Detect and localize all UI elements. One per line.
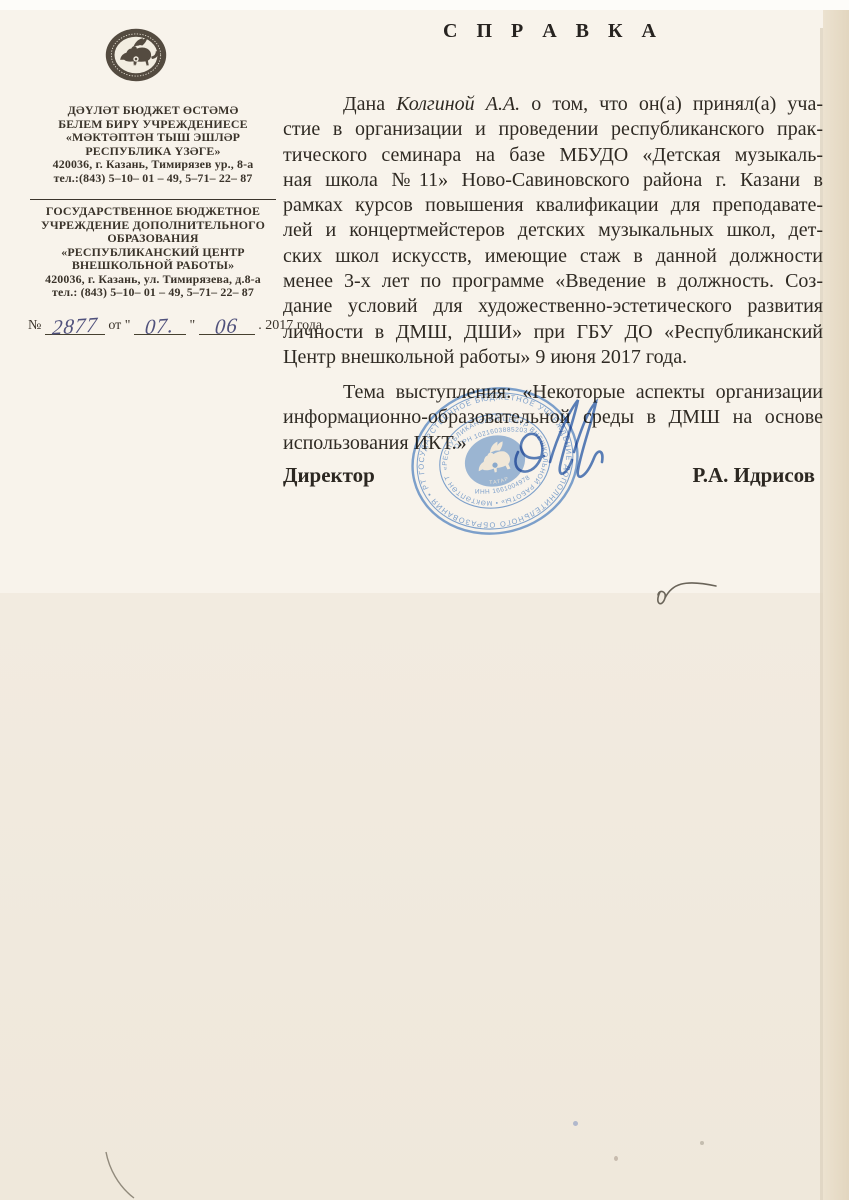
document-title: С П Р А В К А	[283, 20, 823, 43]
dust-speck	[614, 1156, 618, 1161]
handwritten-number: 2877	[51, 317, 98, 334]
day-blank: 07.	[134, 315, 186, 335]
scan-hairline-artifact	[94, 1148, 142, 1200]
letterhead-tatar-block: ДӘҮЛӘТ БЮДЖЕТ ӨСТӘМӘ БЕЛЕМ БИРҮ УЧРЕЖДЕН…	[24, 104, 282, 185]
main-paragraph: Дана Колгиной А.А. о том, что он(а) прин…	[283, 92, 823, 370]
letterhead-russian-block: ГОСУДАРСТВЕННОЕ БЮДЖЕТНОЕ УЧРЕЖДЕНИЕ ДОП…	[24, 205, 282, 300]
paragraph-line: личности в ДМШ, ДШИ» при ГБУ ДО «Республ…	[283, 320, 823, 345]
letterhead-phone-line: тел.: (843) 5–10– 01 – 49, 5–71– 22– 87	[24, 286, 282, 300]
letterhead-line: БЕЛЕМ БИРҮ УЧРЕЖДЕНИЕСЕ	[24, 118, 282, 132]
letterhead-phone-line: тел.:(843) 5–10– 01 – 49, 5–71– 22– 87	[24, 172, 282, 186]
paragraph-line: лей и концертмейстеров детских музыкальн…	[283, 218, 823, 243]
dust-speck	[700, 1141, 704, 1145]
pen-squiggle-mark	[646, 566, 722, 612]
paragraph-line: стие в организации и проведении республи…	[283, 117, 823, 142]
director-signature	[490, 388, 622, 506]
tatarstan-emblem-icon: ТАТАРСТАН	[96, 20, 176, 90]
letterhead-address-line: 420036, г. Казань, ул. Тимирязева, д.8-а	[24, 273, 282, 287]
recipient-name: Колгиной А.А.	[396, 93, 520, 115]
paragraph-line: Дана Колгиной А.А. о том, что он(а) прин…	[283, 92, 823, 117]
scanner-top-edge	[0, 0, 849, 10]
letterhead-line: ГОСУДАРСТВЕННОЕ БЮДЖЕТНОЕ	[24, 205, 282, 219]
from-label: от "	[108, 318, 130, 333]
month-blank: 06	[199, 315, 255, 335]
paper-right-edge	[823, 10, 849, 1200]
paragraph-line: ная школа №11» Ново-Савиновского района …	[283, 168, 823, 193]
letterhead-line: РЕСПУБЛИКА ҮЗӘГЕ»	[24, 145, 282, 159]
number-sign: №	[28, 318, 41, 333]
signer-role: Директор	[283, 463, 375, 488]
handwritten-day: 07.	[145, 318, 175, 334]
quote-close: "	[190, 318, 196, 333]
handwritten-month: 06	[215, 318, 239, 334]
letterhead-line: «РЕСПУБЛИКАНСКИЙ ЦЕНТР	[24, 246, 282, 260]
paragraph-line: тического семинара на базе МБУДО «Детска…	[283, 143, 823, 168]
text-run: Дана	[343, 93, 396, 115]
letterhead-line: ВНЕШКОЛЬНОЙ РАБОТЫ»	[24, 259, 282, 273]
ink-speck	[573, 1121, 578, 1126]
letterhead-divider	[30, 199, 276, 200]
document-body: С П Р А В К А Дана Колгиной А.А. о том, …	[283, 20, 823, 43]
letterhead-line: «МӘКТӘПТӘН ТЫШ ЭШЛӘР	[24, 131, 282, 145]
paragraph-line: рамках курсов повышения квалификации для…	[283, 193, 823, 218]
letterhead-line: ОБРАЗОВАНИЯ	[24, 232, 282, 246]
letterhead-line: УЧРЕЖДЕНИЕ ДОПОЛНИТЕЛЬНОГО	[24, 219, 282, 233]
paragraph-line: ских школ искусств, имеющие стаж в данно…	[283, 244, 823, 269]
document-number-line: № 2877 от " 07. " 06 . 2017 года	[28, 315, 288, 335]
paper-lower-area	[0, 593, 849, 1200]
text-run: о том, что он(а) принял(а) уча-	[520, 93, 823, 115]
letterhead-address-line: 420036, г. Казань, Тимирязев ур., 8-а	[24, 158, 282, 172]
paragraph-line: менее 3-х лет по программе «Введение в д…	[283, 269, 823, 294]
signer-name: Р.А. Идрисов	[693, 463, 816, 488]
letterhead-line: ДӘҮЛӘТ БЮДЖЕТ ӨСТӘМӘ	[24, 104, 282, 118]
paragraph-line: дание условий для художественно-эстетиче…	[283, 294, 823, 319]
number-blank: 2877	[45, 315, 105, 335]
